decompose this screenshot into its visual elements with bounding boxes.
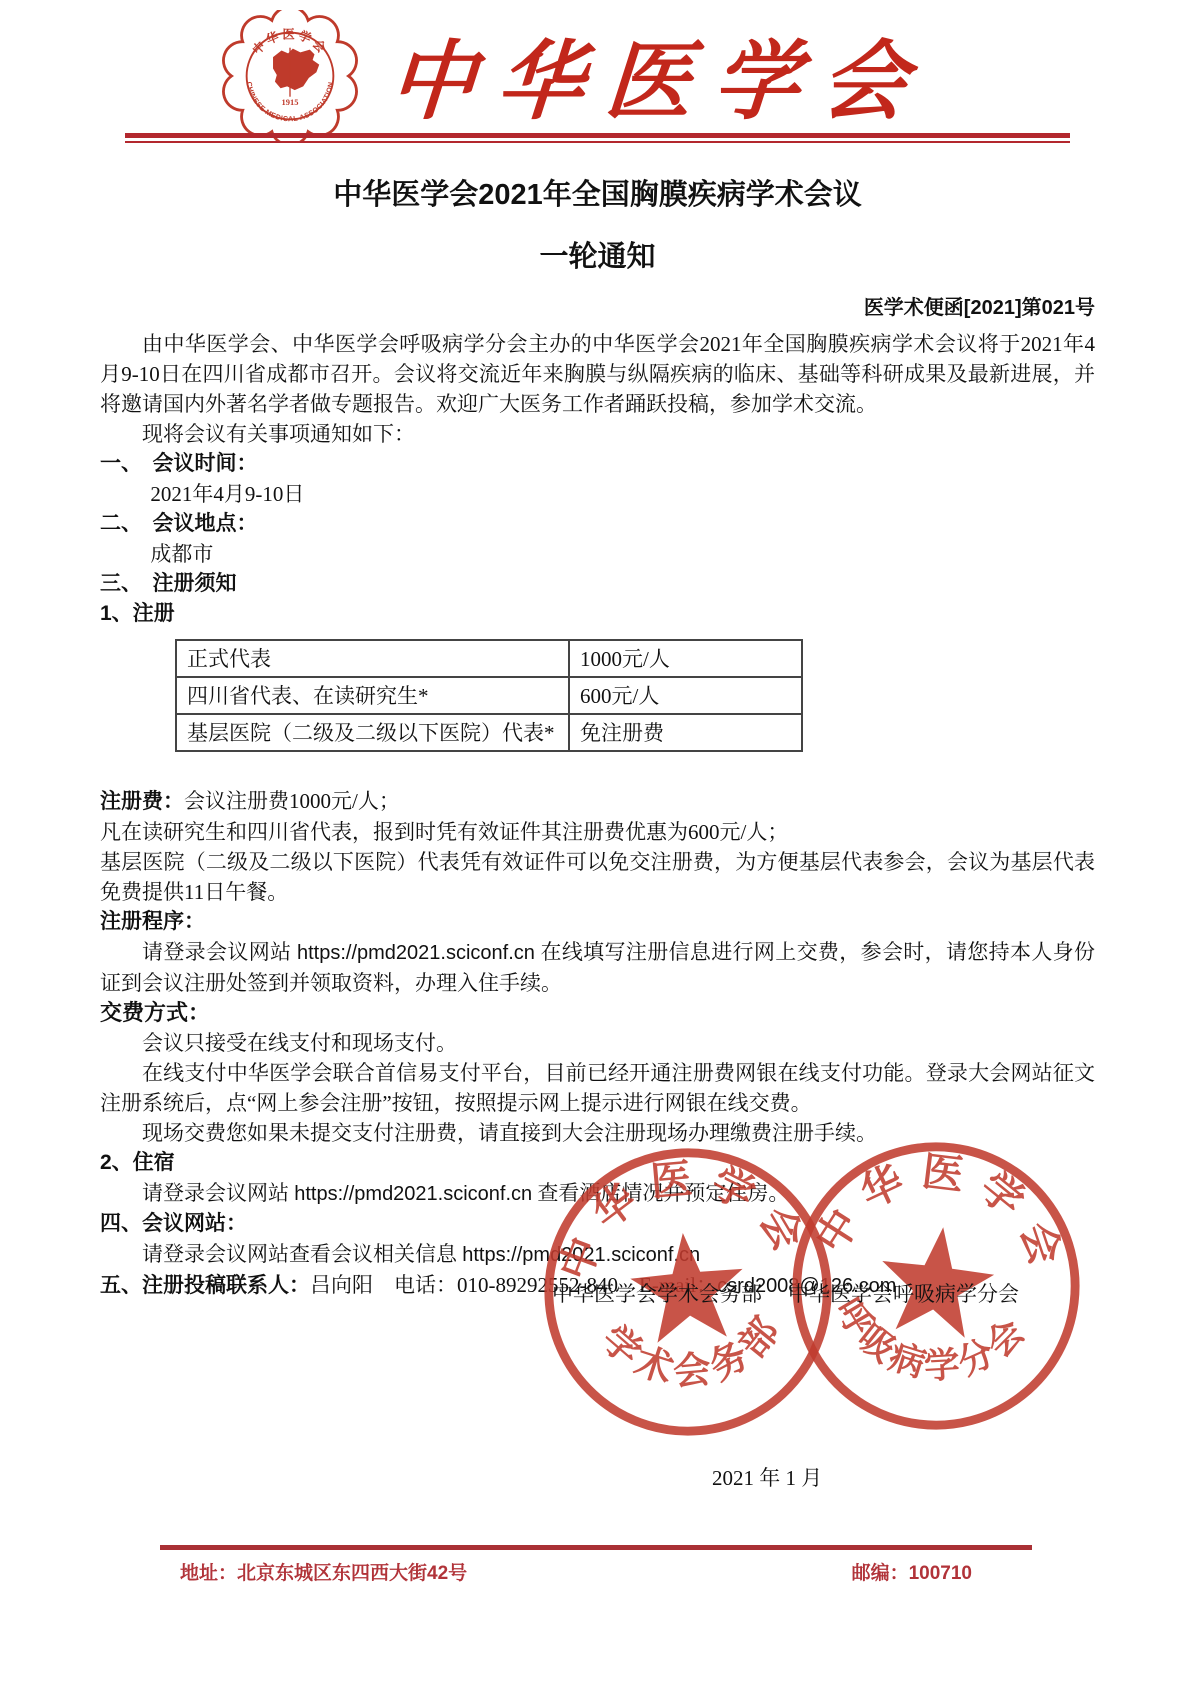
- svg-text:学术会务部: 学术会务部: [591, 1303, 796, 1401]
- reg-procedure-paragraph: 请登录会议网站 https://pmd2021.sciconf.cn 在线填写注…: [100, 937, 1095, 998]
- brand-calligraphy: 中华医学会: [376, 16, 944, 131]
- fee-category-cell: 四川省代表、在读研究生*: [176, 677, 569, 714]
- table-row: 基层医院（二级及二级以下医院）代表* 免注册费: [176, 714, 802, 751]
- section3-heading: 三、 注册须知: [100, 569, 1095, 599]
- stamp-bottom-text: 学术会务部: [591, 1303, 796, 1401]
- section3-sub1-heading: 1、注册: [100, 599, 1095, 629]
- fee-note-line1: 注册费：会议注册费1000元/人；: [100, 786, 1095, 817]
- table-row: 正式代表 1000元/人: [176, 640, 802, 677]
- contact-name: 吕向阳: [310, 1273, 373, 1297]
- hotel-pre: 请登录会议网站: [142, 1181, 294, 1205]
- fee-amount-cell: 600元/人: [569, 677, 802, 714]
- document-page: 中华医学会 CHINESE MEDICAL ASSOCIATION 1915 中…: [0, 0, 1190, 1683]
- payment-line2: 在线支付中华医学会联合首信易支付平台，目前已经开通注册费网银在线支付功能。登录大…: [100, 1058, 1095, 1118]
- payment-heading: 交费方式：: [100, 998, 1095, 1028]
- footer-postcode: 邮编：100710: [852, 1558, 1032, 1585]
- fee-amount-cell: 1000元/人: [569, 640, 802, 677]
- section1-body: 2021年4月9-10日: [100, 479, 1095, 509]
- table-row: 四川省代表、在读研究生* 600元/人: [176, 677, 802, 714]
- fee-note-line3: 基层医院（二级及二级以下医院）代表凭有效证件可以免交注册费，为方便基层代表参会，…: [100, 847, 1095, 907]
- footer: 地址：北京东城区东四西大街42号 邮编：100710: [160, 1558, 1032, 1585]
- footer-divider: [160, 1545, 1032, 1550]
- fee-label: 注册费：: [100, 790, 184, 813]
- reg-proc-pre: 请登录会议网站: [142, 940, 297, 964]
- china-map-shape: [273, 49, 319, 90]
- intro-paragraph: 由中华医学会、中华医学会呼吸病学分会主办的中华医学会2021年全国胸膜疾病学术会…: [100, 329, 1095, 419]
- page-title: 中华医学会2021年全国胸膜疾病学术会议: [100, 175, 1095, 215]
- fee-note-line2: 凡在读研究生和四川省代表，报到时凭有效证件其注册费优惠为600元/人；: [100, 817, 1095, 847]
- signature-left: 中华医学会学术会务部: [552, 1278, 762, 1308]
- signature-date: 2021 年 1 月: [712, 1462, 822, 1492]
- phone-label: 电话：: [373, 1273, 457, 1297]
- section2-body: 成都市: [100, 539, 1095, 569]
- registration-fee-table: 正式代表 1000元/人 四川省代表、在读研究生* 600元/人 基层医院（二级…: [175, 639, 803, 752]
- signature-right: 中华医学会呼吸病学分会: [788, 1278, 1019, 1308]
- payment-line1: 会议只接受在线支付和现场支付。: [100, 1028, 1095, 1058]
- fee-text: 会议注册费1000元/人；: [184, 789, 400, 813]
- doc-number: 医学术便函[2021]第021号: [100, 293, 1095, 323]
- header-divider: [125, 133, 1070, 143]
- notice-lead: 现将会议有关事项通知如下：: [100, 419, 1095, 449]
- section5-heading: 五、注册投稿联系人：: [100, 1274, 310, 1297]
- conference-url: https://pmd2021.sciconf.cn: [297, 942, 535, 964]
- section2-heading: 二、 会议地点：: [100, 509, 1095, 539]
- letterhead: 中华医学会 CHINESE MEDICAL ASSOCIATION 1915 中…: [0, 6, 1190, 136]
- section1-heading: 一、 会议时间：: [100, 449, 1095, 479]
- seal-year: 1915: [282, 97, 299, 107]
- footer-address: 地址：北京东城区东四西大街42号: [160, 1558, 467, 1585]
- fee-amount-cell: 免注册费: [569, 714, 802, 751]
- reg-procedure-heading: 注册程序：: [100, 907, 1095, 937]
- page-subtitle: 一轮通知: [100, 237, 1095, 277]
- cma-logo-icon: 中华医学会 CHINESE MEDICAL ASSOCIATION 1915: [205, 10, 375, 142]
- section4-pre: 请登录会议网站查看会议相关信息: [142, 1242, 462, 1266]
- document-body: 中华医学会2021年全国胸膜疾病学术会议 一轮通知 医学术便函[2021]第02…: [100, 163, 1095, 1301]
- fee-category-cell: 基层医院（二级及二级以下医院）代表*: [176, 714, 569, 751]
- conference-url: https://pmd2021.sciconf.cn: [294, 1183, 532, 1205]
- fee-category-cell: 正式代表: [176, 640, 569, 677]
